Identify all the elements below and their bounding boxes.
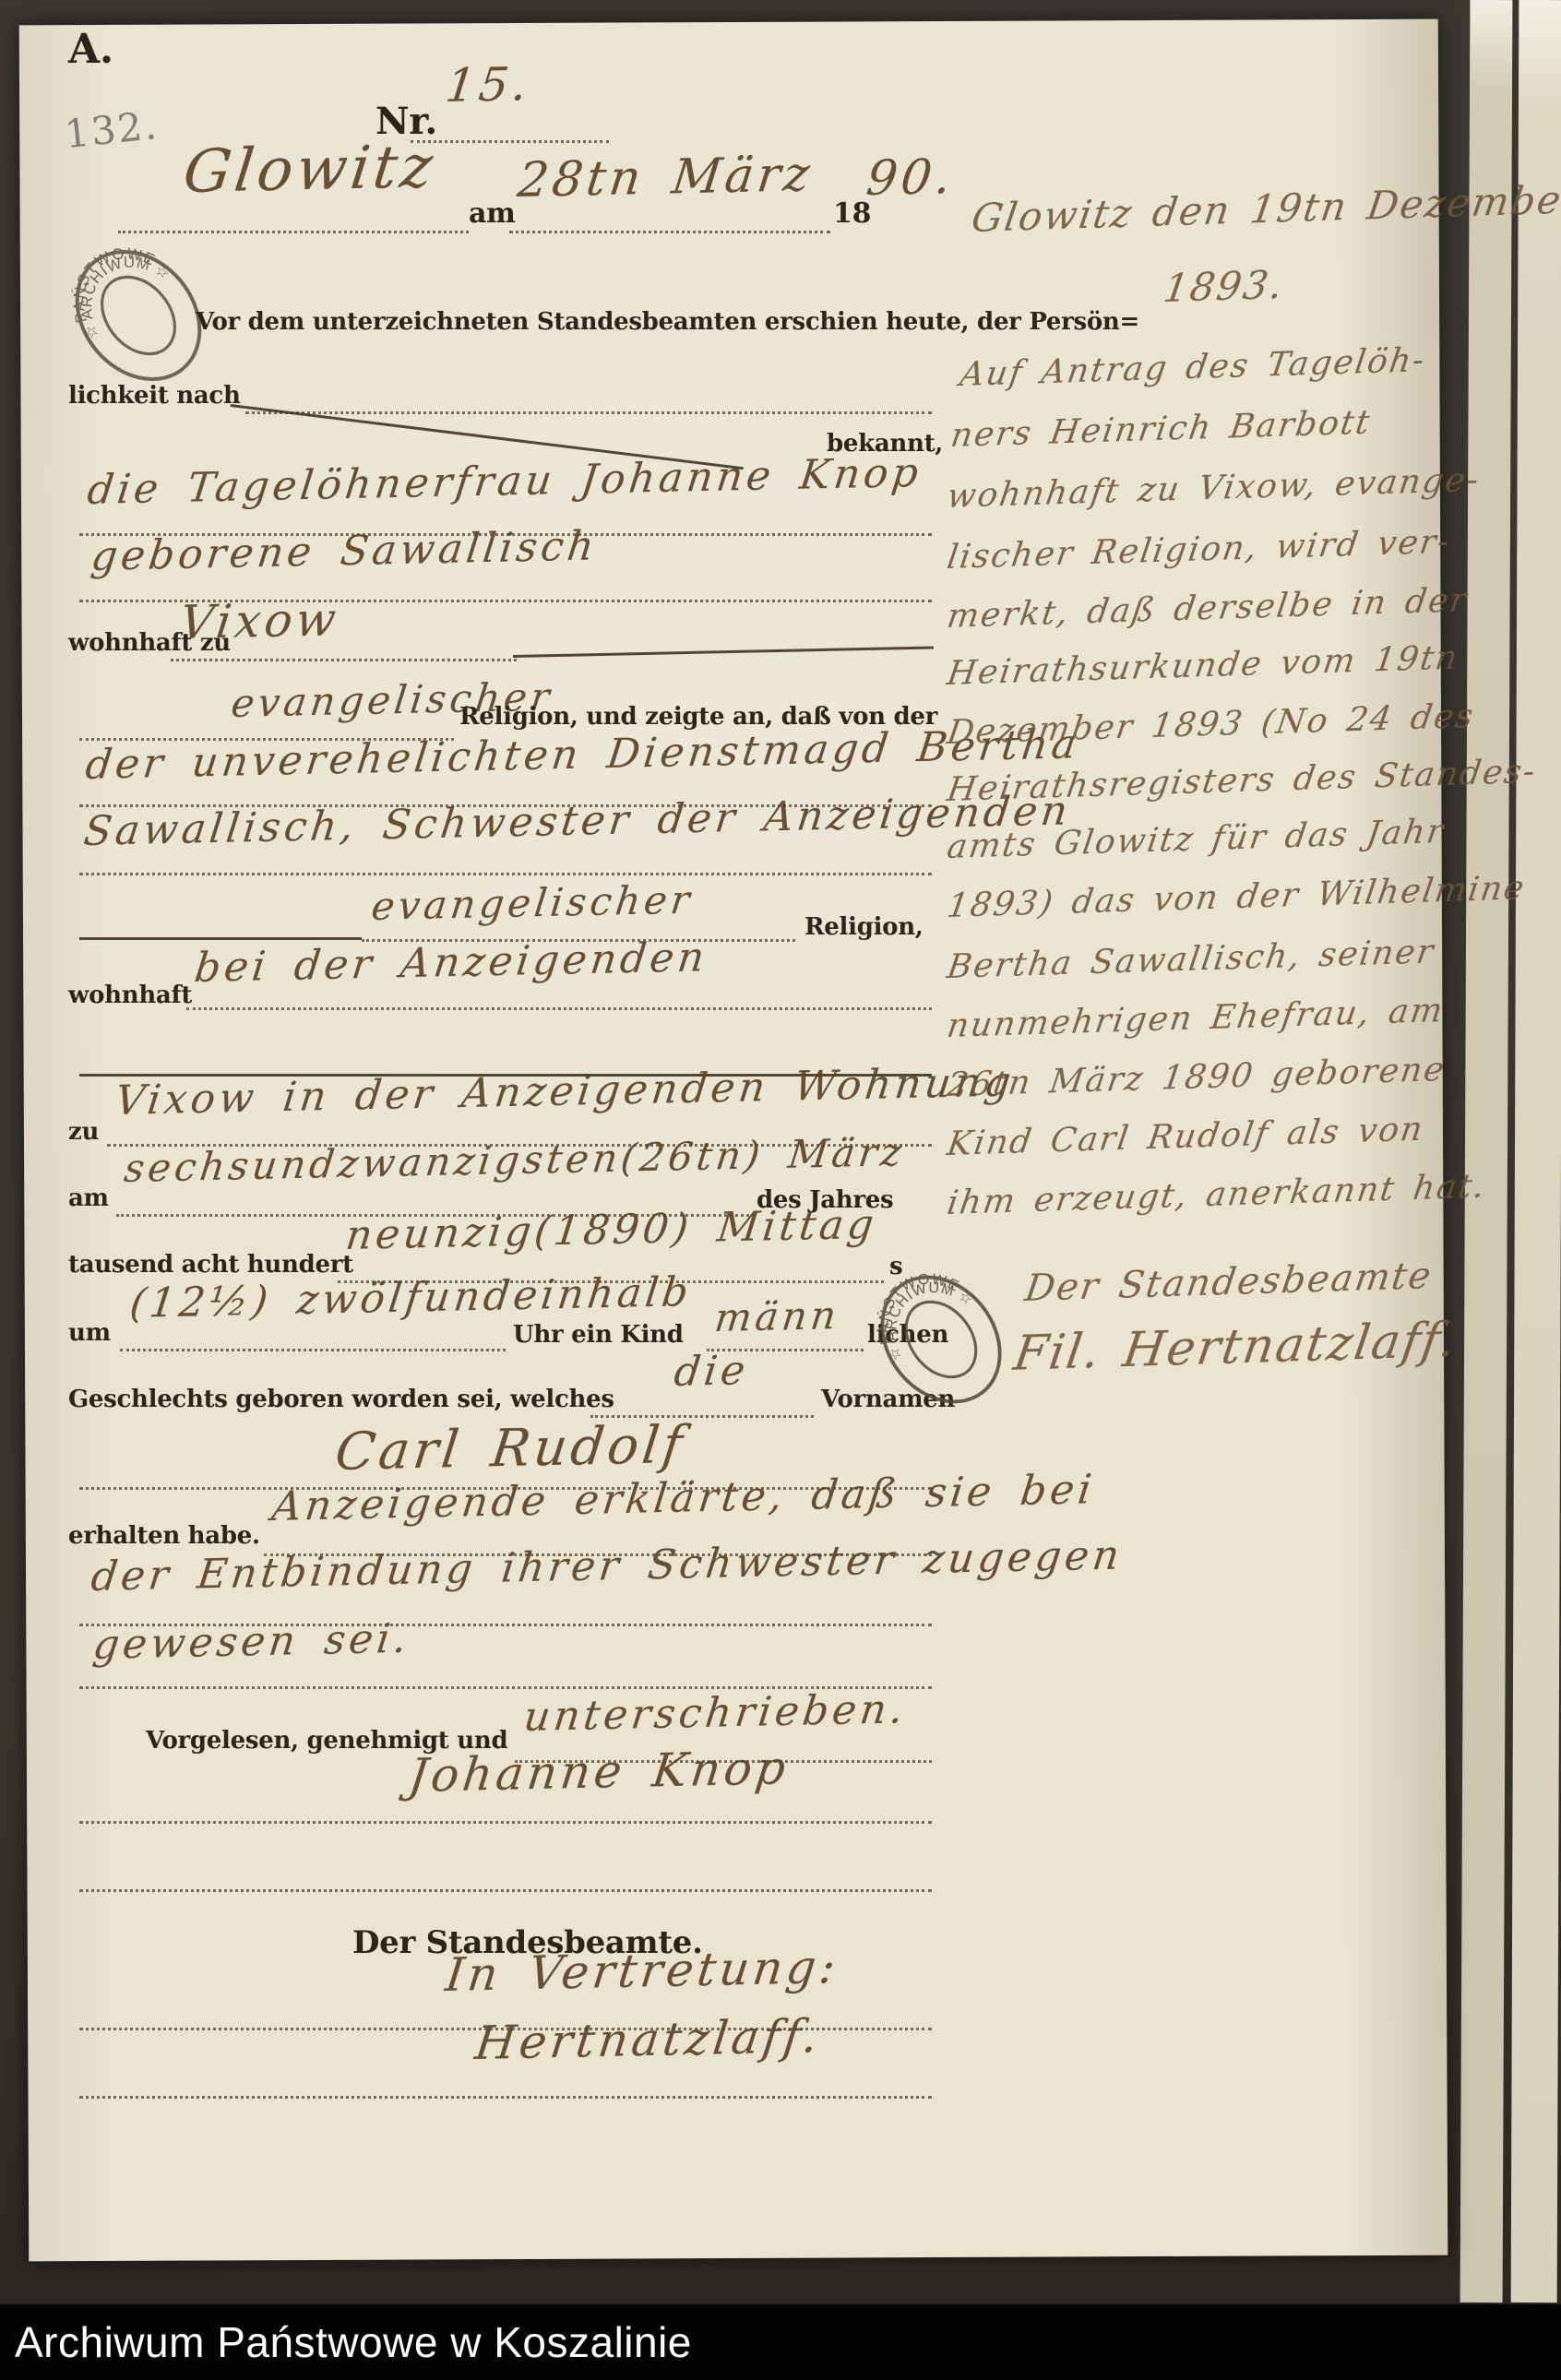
residence-field: Vixow (177, 592, 342, 649)
religion-printed-2: Religion, (804, 913, 923, 941)
form-letter-a: A. (68, 26, 113, 73)
gender-field: männ (712, 1292, 842, 1340)
ruled-line (79, 2096, 932, 2099)
ruled-line (79, 1821, 932, 1824)
date-field: 28tn März (515, 147, 816, 208)
ruled-line (79, 1889, 932, 1892)
zu-label: zu (68, 1118, 99, 1146)
book-page-edge-strip (1511, 0, 1561, 2303)
wohnhaft-label: wohnhaft (68, 982, 192, 1009)
place-field: Glowitz (180, 133, 440, 207)
record-number-value: 15. (443, 57, 533, 113)
year-field: 90. (864, 149, 958, 207)
book-page-edge-strip (1460, 0, 1513, 2303)
child-name-field: Carl Rudolf (332, 1415, 689, 1482)
am-label-2: am (68, 1184, 109, 1212)
ruled-line (171, 659, 517, 661)
ruled-line (245, 411, 932, 414)
archive-scan-photo: A. 132. Nr. 15. ☆ ARCHIWUM ☆ PAŃSTWOWE G… (0, 0, 1561, 2380)
die-field: die (672, 1347, 751, 1396)
statement-line-3: gewesen sei. (90, 1615, 413, 1669)
ruled-line (509, 231, 830, 233)
uhr-ein-kind-label: Uhr ein Kind (513, 1321, 684, 1349)
um-label: um (68, 1319, 111, 1347)
am-label: am (469, 197, 516, 230)
religion-field-2: evangelischer (369, 877, 696, 929)
margin-note-line: 1893. (1161, 262, 1287, 311)
ruled-line (79, 873, 932, 875)
unterschrieben-field: unterschrieben. (521, 1685, 910, 1741)
mittags-s-suffix: s (889, 1253, 902, 1280)
tausend-label: tausend acht hundert (68, 1251, 353, 1279)
geschlechts-label: Geschlechts geboren worden sei, welches (68, 1386, 614, 1413)
ruled-line (411, 140, 609, 143)
blank-filler-stroke (79, 937, 362, 940)
ruled-line (120, 1349, 506, 1351)
registrar-signature: Hertnatzlaff. (472, 2009, 824, 2070)
in-vertretung-field: In Vertretung: (443, 1940, 842, 2002)
archive-footer-bar: Archiwum Państwowe w Koszalinie (0, 2304, 1561, 2380)
intro-line-1: Vor dem unterzeichneten Standesbeamten e… (196, 308, 1139, 336)
erhalten-habe-label: erhalten habe. (68, 1522, 260, 1550)
ruled-line (186, 1007, 932, 1010)
archive-footer-text: Archiwum Państwowe w Koszalinie (15, 2317, 692, 2367)
ruled-line (118, 231, 469, 233)
intro-line-2: lichkeit nach (68, 382, 241, 410)
declarant-signature: Johanne Knop (406, 1741, 792, 1803)
